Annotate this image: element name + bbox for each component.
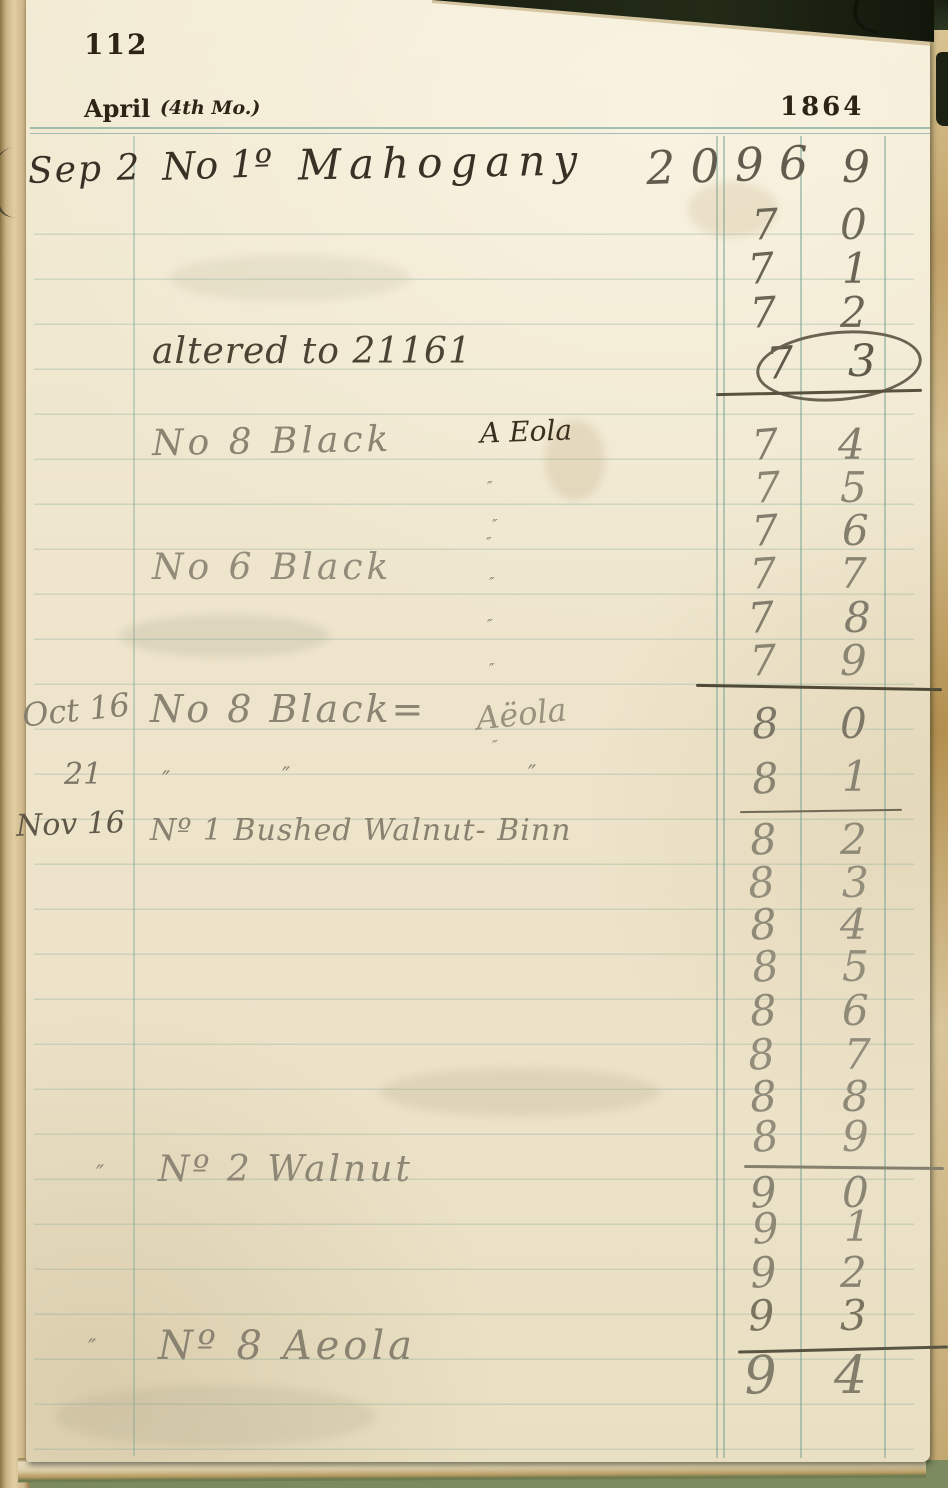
serial-tens: 7 (746, 596, 776, 640)
entry-note: altered to 21161 (152, 334, 472, 370)
ditto-mark: ″ (487, 616, 493, 634)
serial-units: 4 (838, 424, 865, 466)
ditto-mark: ″ (486, 534, 492, 552)
serial-tens: 9 (749, 1251, 779, 1295)
ditto-mark: ″ (492, 737, 498, 755)
amount-column-rule (723, 136, 725, 1458)
serial-tens: 8 (751, 757, 781, 801)
entry-item: Nº 8 Aeola (158, 1326, 416, 1366)
ditto-mark: ″ (88, 1336, 96, 1361)
serial-units: 3 (840, 1295, 867, 1337)
serial-units: 4 (840, 904, 867, 946)
ditto-mark: ″ (487, 478, 493, 496)
entry-description: Mahogany (298, 139, 586, 186)
serial-tens: 7 (749, 291, 779, 335)
serial-tens: 8 (750, 945, 780, 989)
page-edge-tear (936, 52, 948, 126)
entry-item: No 6 Black (152, 550, 392, 586)
entry-item: Nº 1 Bushed Walnut- Binn (150, 816, 571, 846)
ditto-mark: ″ (282, 764, 290, 789)
serial-units: 2 (840, 819, 867, 861)
month-label: April (84, 94, 150, 123)
entry-item: No 8 Black= (150, 690, 426, 728)
serial-tens: 7 (749, 639, 779, 683)
serial-units: 0 (840, 703, 867, 745)
month-note: (4th Mo.) (160, 97, 260, 119)
serial-tens: 7 (750, 509, 780, 553)
bleedthrough-smudge (170, 255, 410, 301)
serial-units: 5 (842, 946, 869, 988)
serial-units: 5 (840, 467, 867, 509)
serial-tens: 9 (743, 1349, 779, 1403)
serial-tens: 7 (750, 423, 780, 467)
year-label: 1864 (780, 92, 864, 122)
serial-units: 7 (844, 1034, 871, 1076)
serial-tens: 8 (749, 818, 779, 862)
serial-tens: 8 (749, 989, 779, 1033)
ditto-mark: ″ (489, 660, 495, 678)
entry-date: Sep 2 (27, 150, 142, 190)
entry-date: Nov 16 (16, 808, 126, 842)
serial-units: 9 (842, 146, 870, 190)
serial-units: 8 (844, 597, 871, 639)
serial-tens: 7 (749, 552, 779, 596)
serial-units: 0 (840, 204, 867, 246)
serial-units: 1 (842, 248, 869, 290)
serial-units: 6 (842, 510, 869, 552)
serial-units: 9 (840, 640, 867, 682)
entry-model: Aëola (475, 693, 568, 734)
date-column-rule (133, 136, 135, 1456)
entry-item: No 8 Black (152, 422, 393, 462)
serial-units: 4 (834, 1350, 867, 1402)
bleedthrough-smudge (55, 1385, 375, 1447)
ditto-mark: ″ (162, 768, 170, 793)
serial-tens: 8 (750, 1115, 780, 1159)
serial-tens: 7 (753, 466, 783, 510)
bleedthrough-smudge (120, 615, 330, 657)
header-rule (30, 133, 930, 135)
serial-units: 3 (842, 862, 869, 904)
entry-item: No 1º (161, 144, 273, 186)
serial-tens: 7 (746, 247, 776, 291)
serial-units: 6 (842, 990, 869, 1032)
ditto-mark: ″ (489, 574, 495, 592)
serial-tens: 9 (751, 1207, 781, 1251)
scanned-ledger-photo: 112 April (4th Mo.) 1864 Sep 2 No 1º Mah… (0, 0, 948, 1488)
serial-units: 1 (842, 756, 869, 798)
serial-units: 7 (840, 553, 867, 595)
serial-tens: 9 (747, 1294, 777, 1338)
ditto-mark: ″ (492, 516, 498, 534)
entry-date: 21 (64, 760, 102, 790)
ditto-mark: ″ (528, 762, 536, 787)
bleedthrough-smudge (380, 1068, 660, 1116)
serial-tens: 8 (751, 702, 780, 745)
amount-column-rule (716, 136, 718, 1458)
serial-units: 9 (842, 1116, 869, 1158)
serial-units: 1 (844, 1206, 871, 1248)
entry-model: A Eola (480, 416, 573, 447)
serial-tens: 7 (751, 203, 781, 247)
amount-column-rule (800, 136, 802, 1458)
ditto-mark: ″ (96, 1162, 104, 1187)
serial-units: 2 (840, 1252, 867, 1294)
entry-item: Nº 2 Walnut (158, 1152, 413, 1188)
serial-prefix: 2096 (645, 139, 824, 191)
serial-units: 2 (840, 292, 867, 334)
page-number: 112 (84, 28, 148, 61)
header-rule (30, 127, 930, 129)
